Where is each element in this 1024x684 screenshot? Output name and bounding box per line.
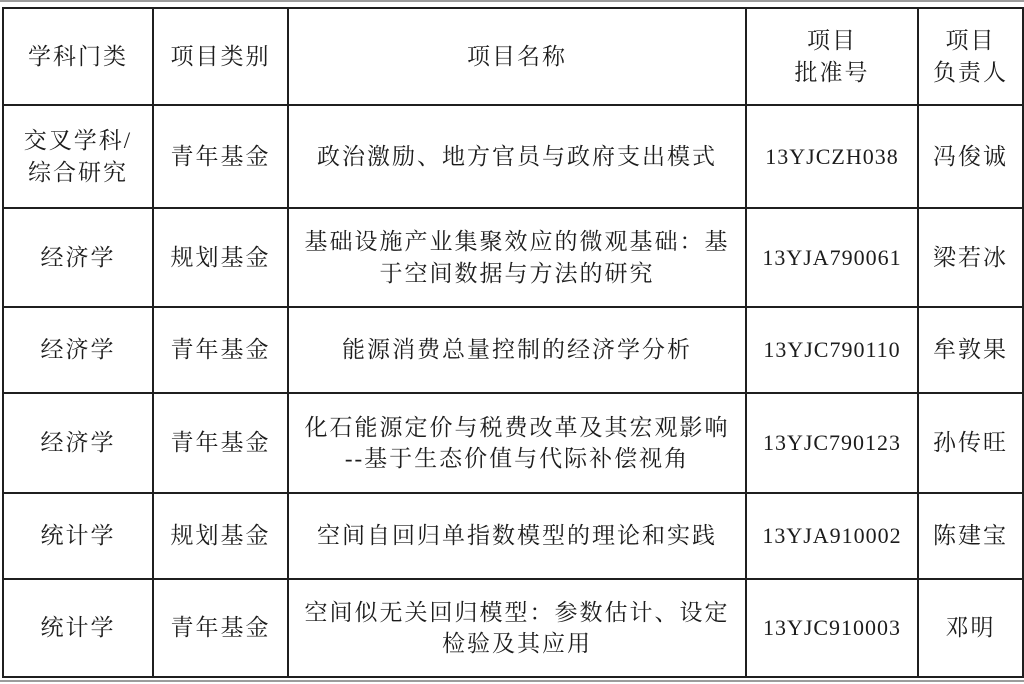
cell-leader: 孙传旺 (918, 393, 1023, 493)
cell-project-name: 化石能源定价与税费改革及其宏观影响 --基于生态价值与代际补偿视角 (288, 393, 746, 493)
header-leader: 项目 负责人 (918, 8, 1023, 105)
header-row: 学科门类 项目类别 项目名称 项目 批准号 项目 负责人 (3, 8, 1023, 105)
cell-project-name: 政治激励、地方官员与政府支出模式 (288, 105, 746, 208)
cell-discipline: 经济学 (3, 393, 153, 493)
grant-projects-table: 学科门类 项目类别 项目名称 项目 批准号 项目 负责人 交叉学科/ 综合研究 … (2, 7, 1024, 678)
header-category: 项目类别 (153, 8, 288, 105)
cell-approval-number: 13YJC910003 (746, 579, 918, 677)
cell-approval-number: 13YJC790123 (746, 393, 918, 493)
table-row: 统计学 规划基金 空间自回归单指数模型的理论和实践 13YJA910002 陈建… (3, 493, 1023, 579)
cell-leader: 梁若冰 (918, 208, 1023, 307)
table-row: 经济学 规划基金 基础设施产业集聚效应的微观基础：基 于空间数据与方法的研究 1… (3, 208, 1023, 307)
header-discipline: 学科门类 (3, 8, 153, 105)
table-row: 统计学 青年基金 空间似无关回归模型：参数估计、设定 检验及其应用 13YJC9… (3, 579, 1023, 677)
header-approval-number: 项目 批准号 (746, 8, 918, 105)
cell-category: 青年基金 (153, 393, 288, 493)
cell-category: 规划基金 (153, 493, 288, 579)
page-edge-bottom-line (0, 680, 1024, 682)
cell-category: 青年基金 (153, 579, 288, 677)
cell-category: 青年基金 (153, 105, 288, 208)
cell-discipline: 统计学 (3, 493, 153, 579)
cell-leader: 陈建宝 (918, 493, 1023, 579)
cell-project-name: 能源消费总量控制的经济学分析 (288, 307, 746, 393)
cell-category: 青年基金 (153, 307, 288, 393)
table-row: 经济学 青年基金 能源消费总量控制的经济学分析 13YJC790110 牟敦果 (3, 307, 1023, 393)
cell-leader: 牟敦果 (918, 307, 1023, 393)
page-edge-top-line (0, 0, 1024, 2)
header-project-name: 项目名称 (288, 8, 746, 105)
cell-leader: 冯俊诚 (918, 105, 1023, 208)
table-row: 交叉学科/ 综合研究 青年基金 政治激励、地方官员与政府支出模式 13YJCZH… (3, 105, 1023, 208)
table-row: 经济学 青年基金 化石能源定价与税费改革及其宏观影响 --基于生态价值与代际补偿… (3, 393, 1023, 493)
cell-project-name: 基础设施产业集聚效应的微观基础：基 于空间数据与方法的研究 (288, 208, 746, 307)
cell-category: 规划基金 (153, 208, 288, 307)
cell-discipline: 统计学 (3, 579, 153, 677)
cell-approval-number: 13YJC790110 (746, 307, 918, 393)
cell-approval-number: 13YJCZH038 (746, 105, 918, 208)
cell-leader: 邓明 (918, 579, 1023, 677)
cell-discipline: 经济学 (3, 307, 153, 393)
document-page: 学科门类 项目类别 项目名称 项目 批准号 项目 负责人 交叉学科/ 综合研究 … (0, 0, 1024, 684)
cell-approval-number: 13YJA790061 (746, 208, 918, 307)
cell-project-name: 空间自回归单指数模型的理论和实践 (288, 493, 746, 579)
cell-discipline: 交叉学科/ 综合研究 (3, 105, 153, 208)
cell-project-name: 空间似无关回归模型：参数估计、设定 检验及其应用 (288, 579, 746, 677)
cell-discipline: 经济学 (3, 208, 153, 307)
cell-approval-number: 13YJA910002 (746, 493, 918, 579)
